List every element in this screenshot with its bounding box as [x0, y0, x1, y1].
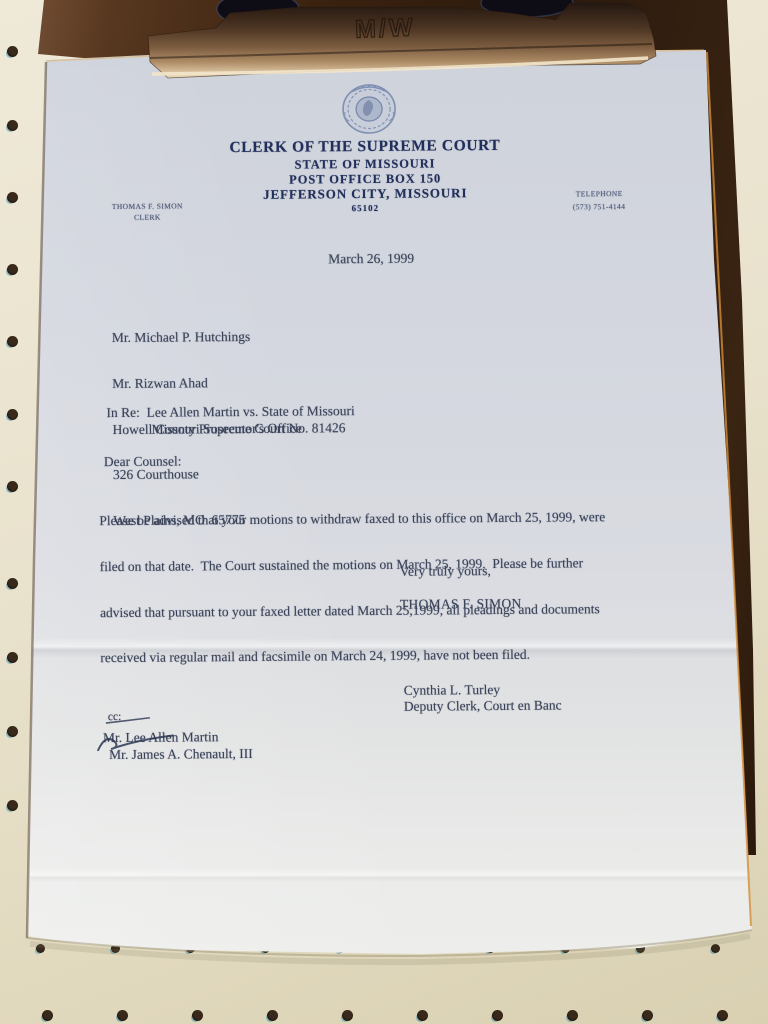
salutation: Dear Counsel: [104, 454, 182, 469]
re-line-1: In Re: Lee Allen Martin vs. State of Mis… [106, 404, 354, 420]
telephone-label: TELEPHONE [576, 190, 623, 198]
telephone-number: (573) 751-4144 [573, 203, 626, 211]
re-line-2: Missouri Supreme Court No. 81426 [152, 421, 346, 437]
letter-date: March 26, 1999 [328, 252, 414, 267]
clerk-name: THOMAS F. SIMON [100, 202, 195, 211]
cc-line: Mr. Lee Allen Martin [103, 730, 219, 745]
recipient-line: Mr. Rizwan Ahad [112, 374, 301, 393]
letter-content: CLERK OF THE SUPREME COURT STATE OF MISS… [0, 0, 768, 1024]
cc-label: cc: [108, 711, 122, 723]
body-line: received via regular mail and facsimile … [100, 645, 606, 666]
body-line: Please be advised that your motions to w… [99, 508, 605, 529]
body-line: filed on that date. The Court sustained … [100, 554, 606, 575]
photo-scene: CLERK OF THE SUPREME COURT STATE OF MISS… [0, 0, 768, 1024]
recipient-line: Mr. Michael P. Hutchings [112, 328, 301, 347]
body-line: advised that pursuant to your faxed lett… [100, 600, 606, 621]
letterhead-city: JEFFERSON CITY, MISSOURI [93, 185, 638, 203]
clip-engraving: M/W [355, 13, 416, 43]
cc-line: Mr. James A. Chenault, III [109, 747, 253, 762]
body-paragraph: Please be advised that your motions to w… [99, 480, 607, 695]
clipboard-clip: M/W [0, 0, 768, 110]
deputy-name: Cynthia L. Turley [404, 683, 500, 698]
letterhead-title: CLERK OF THE SUPREME COURT [92, 137, 637, 158]
deputy-title: Deputy Clerk, Court en Banc [404, 699, 562, 714]
closing: Very truly yours, [400, 564, 491, 579]
clerk-title: CLERK [100, 213, 195, 222]
signer-name: THOMAS F. SIMON [400, 597, 522, 612]
